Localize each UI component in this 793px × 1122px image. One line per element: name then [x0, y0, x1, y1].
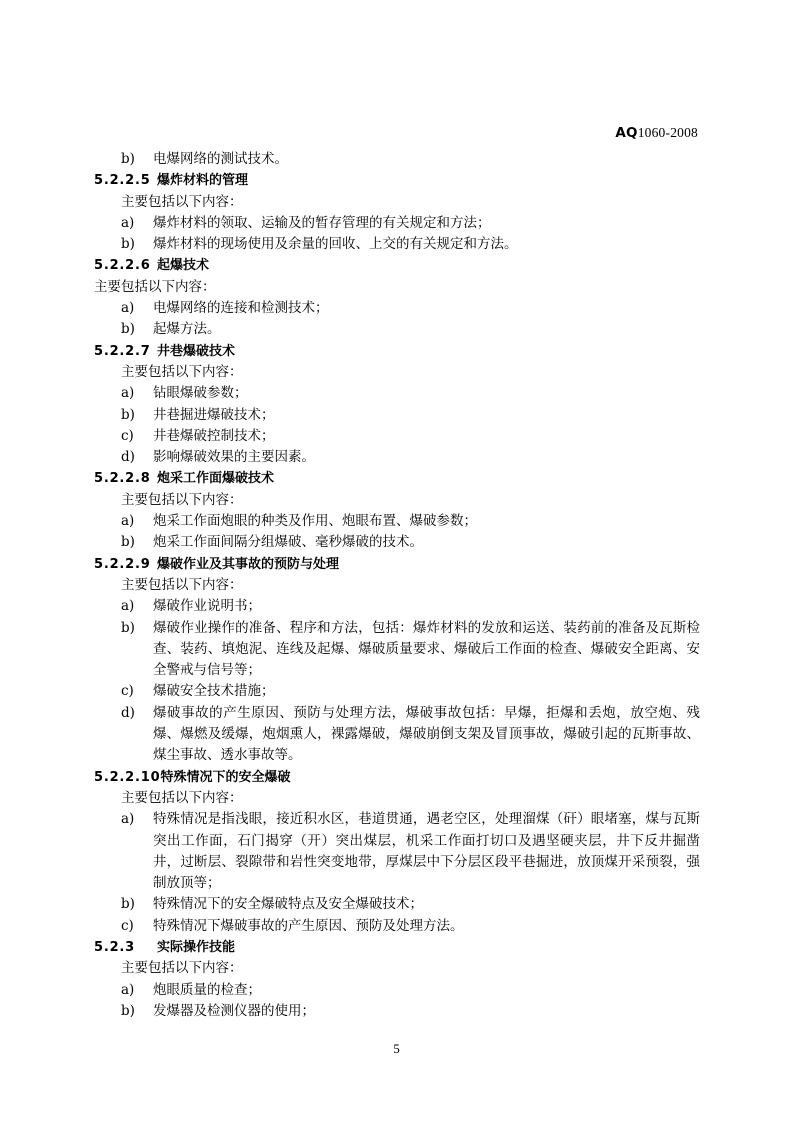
list-marker: b): [121, 405, 153, 426]
list-marker: a): [121, 213, 153, 234]
list-item-text: 电爆网络的测试技术。: [153, 149, 700, 170]
section-number: 5.2.2.10: [94, 767, 160, 788]
list-item-text: 钻眼爆破参数；: [153, 383, 700, 404]
list-item: a)爆破作业说明书；: [94, 596, 700, 617]
list-item: a)电爆网络的连接和检测技术；: [94, 298, 700, 319]
list-marker: c): [121, 426, 153, 447]
list-item: b)电爆网络的测试技术。: [94, 149, 700, 170]
section-heading: 5.2.2.5爆炸材料的管理: [94, 170, 700, 191]
list-item-text: 特殊情况下的安全爆破特点及安全爆破技术；: [153, 894, 700, 915]
section-number: 5.2.2.8: [94, 468, 157, 489]
list-item: b)发爆器及检测仪器的使用；: [94, 1001, 700, 1022]
section-number: 5.2.2.5: [94, 170, 157, 191]
list-item-text: 发爆器及检测仪器的使用；: [153, 1001, 700, 1022]
intro-text: 主要包括以下内容：: [94, 192, 700, 213]
intro-text: 主要包括以下内容：: [94, 958, 700, 979]
list-marker: b): [121, 234, 153, 255]
list-item: c)爆破安全技术措施；: [94, 681, 700, 702]
list-marker: a): [121, 596, 153, 617]
list-item-text: 炮眼质量的检查；: [153, 980, 700, 1001]
list-item-text: 特殊情况是指浅眼，接近积水区，巷道贯通，遇老空区，处理溜煤（矸）眼堵塞，煤与瓦斯…: [153, 809, 700, 894]
list-item-text: 特殊情况下爆破事故的产生原因、预防及处理方法。: [153, 916, 700, 937]
list-marker: a): [121, 511, 153, 532]
list-item: b)起爆方法。: [94, 319, 700, 340]
section-number: 5.2.2.7: [94, 341, 157, 362]
list-item-text: 爆炸材料的领取、运输及的暂存管理的有关规定和方法；: [153, 213, 700, 234]
section-heading: 5.2.2.8炮采工作面爆破技术: [94, 468, 700, 489]
intro-text: 主要包括以下内容：: [94, 490, 700, 511]
list-item: a)炮采工作面炮眼的种类及作用、炮眼布置、爆破参数；: [94, 511, 700, 532]
list-marker: b): [121, 894, 153, 915]
list-item: d)影响爆破效果的主要因素。: [94, 447, 700, 468]
list-item: c)井巷爆破控制技术；: [94, 426, 700, 447]
section-heading: 5.2.2.7井巷爆破技术: [94, 341, 700, 362]
list-item-text: 电爆网络的连接和检测技术；: [153, 298, 700, 319]
list-item: b)爆炸材料的现场使用及余量的回收、上交的有关规定和方法。: [94, 234, 700, 255]
list-marker: c): [121, 681, 153, 702]
list-item-text: 爆破安全技术措施；: [153, 681, 700, 702]
section-title: 爆炸材料的管理: [157, 173, 248, 188]
list-item: d)爆破事故的产生原因、预防与处理方法，爆破事故包括：早爆，拒爆和丢炮，放空炮、…: [94, 703, 700, 767]
intro-text: 主要包括以下内容：: [94, 575, 700, 596]
section-title: 井巷爆破技术: [157, 344, 235, 359]
list-item-text: 起爆方法。: [153, 319, 700, 340]
section-heading: 5.2.2.10特殊情况下的安全爆破: [94, 767, 700, 788]
list-marker: b): [121, 149, 153, 170]
list-item: b)爆破作业操作的准备、程序和方法，包括：爆炸材料的发放和运送、装药前的准备及瓦…: [94, 618, 700, 682]
standard-prefix: AQ: [615, 125, 637, 141]
intro-text: 主要包括以下内容：: [94, 277, 700, 298]
page-number: 5: [0, 1041, 793, 1057]
section-title: 爆破作业及其事故的预防与处理: [157, 557, 339, 572]
list-item-text: 爆破作业操作的准备、程序和方法，包括：爆炸材料的发放和运送、装药前的准备及瓦斯检…: [153, 618, 700, 682]
section-number: 5.2.2.6: [94, 255, 157, 276]
list-item: a)爆炸材料的领取、运输及的暂存管理的有关规定和方法；: [94, 213, 700, 234]
list-item-text: 爆破事故的产生原因、预防与处理方法，爆破事故包括：早爆，拒爆和丢炮，放空炮、残爆…: [153, 703, 700, 767]
section-title: 炮采工作面爆破技术: [157, 471, 274, 486]
section-heading: 5.2.2.6起爆技术: [94, 255, 700, 276]
list-item: c)特殊情况下爆破事故的产生原因、预防及处理方法。: [94, 916, 700, 937]
list-marker: b): [121, 618, 153, 682]
list-marker: a): [121, 809, 153, 894]
list-marker: a): [121, 383, 153, 404]
section-number: 5.2.2.9: [94, 554, 157, 575]
list-item: b)炮采工作面间隔分组爆破、毫秒爆破的技术。: [94, 532, 700, 553]
list-marker: b): [121, 532, 153, 553]
list-item-text: 井巷爆破控制技术；: [153, 426, 700, 447]
list-marker: d): [121, 703, 153, 767]
list-marker: d): [121, 447, 153, 468]
list-item-text: 影响爆破效果的主要因素。: [153, 447, 700, 468]
list-item: b)特殊情况下的安全爆破特点及安全爆破技术；: [94, 894, 700, 915]
list-item: a)炮眼质量的检查；: [94, 980, 700, 1001]
list-marker: b): [121, 319, 153, 340]
list-marker: a): [121, 980, 153, 1001]
intro-text: 主要包括以下内容：: [94, 362, 700, 383]
section-title: 特殊情况下的安全爆破: [160, 770, 290, 785]
list-item-text: 爆破作业说明书；: [153, 596, 700, 617]
section-heading: 5.2.2.9爆破作业及其事故的预防与处理: [94, 554, 700, 575]
intro-text: 主要包括以下内容：: [94, 788, 700, 809]
list-item-text: 爆炸材料的现场使用及余量的回收、上交的有关规定和方法。: [153, 234, 700, 255]
section-heading: 5.2.3实际操作技能: [94, 937, 700, 958]
document-body: b)电爆网络的测试技术。 5.2.2.5爆炸材料的管理 主要包括以下内容： a)…: [94, 149, 700, 1022]
list-item: a)特殊情况是指浅眼，接近积水区，巷道贯通，遇老空区，处理溜煤（矸）眼堵塞，煤与…: [94, 809, 700, 894]
list-item-text: 井巷掘进爆破技术；: [153, 405, 700, 426]
section-title: 起爆技术: [157, 258, 209, 273]
list-item-text: 炮采工作面炮眼的种类及作用、炮眼布置、爆破参数；: [153, 511, 700, 532]
document-page: AQ1060-2008 b)电爆网络的测试技术。 5.2.2.5爆炸材料的管理 …: [0, 0, 793, 1122]
list-marker: c): [121, 916, 153, 937]
list-marker: b): [121, 1001, 153, 1022]
section-number: 5.2.3: [94, 937, 157, 958]
standard-number: 1060-2008: [638, 125, 698, 140]
list-marker: a): [121, 298, 153, 319]
section-title: 实际操作技能: [157, 940, 235, 955]
list-item-text: 炮采工作面间隔分组爆破、毫秒爆破的技术。: [153, 532, 700, 553]
standard-code: AQ1060-2008: [615, 125, 698, 141]
list-item: a)钻眼爆破参数；: [94, 383, 700, 404]
list-item: b)井巷掘进爆破技术；: [94, 405, 700, 426]
